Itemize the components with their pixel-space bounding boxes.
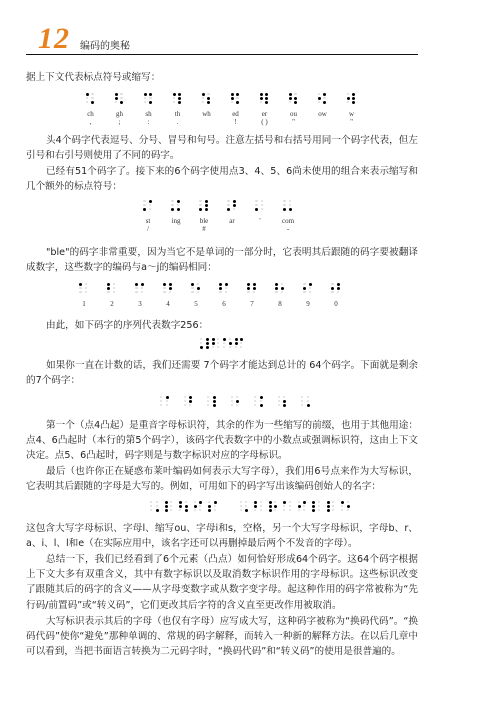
braille-sublabel: / [147,225,149,233]
braille-label: er [262,110,267,118]
braille-sublabel: , [90,118,92,126]
braille-cell-icon [199,200,209,211]
braille-cell: ' [246,200,274,233]
braille-cell-icon [208,501,218,512]
braille-cell-icon [143,200,153,211]
braille-cell: 3 [126,283,154,308]
braille-cell: gh; [105,93,134,126]
braille-sublabel: ( ) [261,118,267,126]
braille-cell: th. [163,93,192,126]
braille-space [223,501,235,512]
braille-cell-icon [227,200,237,211]
paragraph: 已经有51个码字了。接下来的6个码字使用点3、4、5、6尚未使用的组合来表示缩写… [26,164,418,194]
braille-row-digits: 1234567890 [70,283,350,308]
braille-cell: st/ [134,200,162,233]
braille-cell: ing [162,200,190,233]
braille-cell-icon [318,93,328,104]
braille-cell-icon [115,93,125,104]
braille-label: gh [116,110,123,118]
braille-label: ar [229,217,234,225]
braille-cell-icon [212,338,222,349]
braille-cell: sh: [134,93,163,126]
braille-cell-icon [301,396,311,407]
braille-cell: com- [274,200,302,233]
braille-cell-icon [86,93,96,104]
braille-cell-icon [184,396,194,407]
braille-cell-icon [202,93,212,104]
braille-cell-icon [165,501,175,512]
braille-cell-icon [269,501,279,512]
braille-label: sh [145,110,151,118]
braille-cell: wh [192,93,221,126]
braille-cell-icon [171,200,181,211]
braille-label: 8 [278,300,282,308]
braille-cell: 6 [210,283,238,308]
braille-label: 6 [222,300,226,308]
chapter-title: 编码的奥秘 [80,37,130,52]
braille-cell-icon [179,501,189,512]
braille-label: ing [172,217,181,225]
braille-cell-icon [79,283,89,294]
braille-row-punctuation: ch,gh;sh:th.whed!er( )ou"oww" [76,93,366,126]
braille-label: wh [202,110,211,118]
braille-cell-icon [312,501,322,512]
braille-sublabel: . [177,118,179,126]
braille-cell-icon [107,283,117,294]
braille-cell-icon [135,283,145,294]
braille-label: ch [87,110,94,118]
paragraph: 由此，如下码字的序列代表数字256： [26,318,418,333]
braille-label: ou [290,110,297,118]
paragraph: 最后（也许你正在疑惑布莱叶编码如何表示大写字母），我们用6号点来作为大写标识，它… [26,464,418,494]
paragraph: 这包含大写字母标识、字母l、缩写ou、字母i和s，空格，另一个大写字母标识，字母… [26,521,418,551]
braille-cell-icon [283,501,293,512]
paragraph: 头4个码字代表逗号、分号、冒号和句号。注意左括号和右括号用同一个码字代表，但左引… [26,133,418,163]
paragraph: 大写标识表示其后的字母（也仅有字母）应写成大写，这种码字被称为“换码代码”。“换… [26,614,418,660]
paragraph: "ble"的码字非常重要，因为当它不是单词的一部分时，它表明其后跟随的码字要被翻… [26,245,418,275]
braille-cell-icon [289,93,299,104]
braille-cell: 9 [294,283,322,308]
braille-cell: ble# [190,200,218,233]
braille-cell-icon [278,396,288,407]
braille-label: com [282,217,294,225]
paragraph: 如果你一直在计数的话，我们还需要 7个码字才能达到总计的 64个码字。下面就是剩… [26,358,418,388]
braille-row-abbreviations: st/ingble#ar'com- [134,200,302,233]
braille-cell: 2 [98,283,126,308]
braille-label: 1 [82,300,86,308]
page-header: 12 编码的奥秘 [26,26,418,55]
paragraph: 第一个（点4凸起）是重音字母标识符，其余的作为一些缩写的前缀，也用于其他用途：点… [26,418,418,464]
braille-cell: 1 [70,283,98,308]
braille-cell-icon [303,283,313,294]
paragraph: 总结一下，我们已经看到了6个元素（凸点）如何恰好形成64个码字。这64个码字根据… [26,552,418,613]
braille-sublabel: " [350,118,353,126]
braille-name-louis-braille [150,501,351,512]
braille-cell-icon [347,93,357,104]
braille-cell-icon [160,396,170,407]
braille-cell: 8 [266,283,294,308]
braille-sequence-256 [200,338,244,349]
braille-cell: 7 [238,283,266,308]
braille-cell: ar [218,200,246,233]
braille-cell: w" [337,93,366,126]
braille-label: st [146,217,151,225]
braille-cell-icon [163,283,173,294]
braille-label: 5 [194,300,198,308]
braille-remaining-seven [160,396,311,407]
braille-cell-icon [298,501,308,512]
braille-cell-icon [254,396,264,407]
braille-cell-icon [240,501,250,512]
braille-cell-icon [275,283,285,294]
braille-cell-icon [207,396,217,407]
paragraph: 据上下文代表标点符号或缩写： [26,70,418,85]
braille-cell-icon [231,93,241,104]
braille-sublabel: " [292,118,295,126]
chapter-number: 12 [38,22,70,56]
braille-cell-icon [283,200,293,211]
braille-cell-icon [219,283,229,294]
braille-label: ' [259,217,260,225]
braille-cell-icon [327,501,337,512]
braille-cell: 4 [154,283,182,308]
braille-cell-icon [341,501,351,512]
braille-cell: 5 [182,283,210,308]
braille-cell: ou" [279,93,308,126]
braille-cell-icon [247,283,257,294]
braille-sublabel: # [202,225,206,233]
braille-cell-icon [254,501,264,512]
braille-label: 9 [306,300,310,308]
braille-cell-icon [173,93,183,104]
braille-cell: ow [308,93,337,126]
braille-cell: er( ) [250,93,279,126]
braille-cell-icon [260,93,270,104]
braille-sublabel: ; [119,118,121,126]
braille-label: ed [232,110,239,118]
braille-label: 3 [138,300,142,308]
braille-label: 4 [166,300,170,308]
braille-cell-icon [150,501,160,512]
braille-label: 0 [334,300,338,308]
braille-cell-icon [255,200,265,211]
braille-cell: ed! [221,93,250,126]
braille-cell: ch, [76,93,105,126]
braille-sublabel: - [287,225,289,233]
braille-cell-icon [331,283,341,294]
braille-label: w [349,110,354,118]
braille-label: th [175,110,180,118]
braille-label: 7 [250,300,254,308]
braille-cell-icon [191,283,201,294]
braille-label: ble [200,217,209,225]
braille-cell: 0 [322,283,350,308]
braille-cell-icon [231,396,241,407]
braille-sublabel: : [148,118,150,126]
braille-label: 2 [110,300,114,308]
braille-cell-icon [194,501,204,512]
braille-sublabel: ! [234,118,236,126]
braille-cell-icon [200,338,210,349]
braille-cell-icon [144,93,154,104]
braille-cell-icon [223,338,233,349]
braille-label: ow [318,110,327,118]
braille-cell-icon [235,338,245,349]
